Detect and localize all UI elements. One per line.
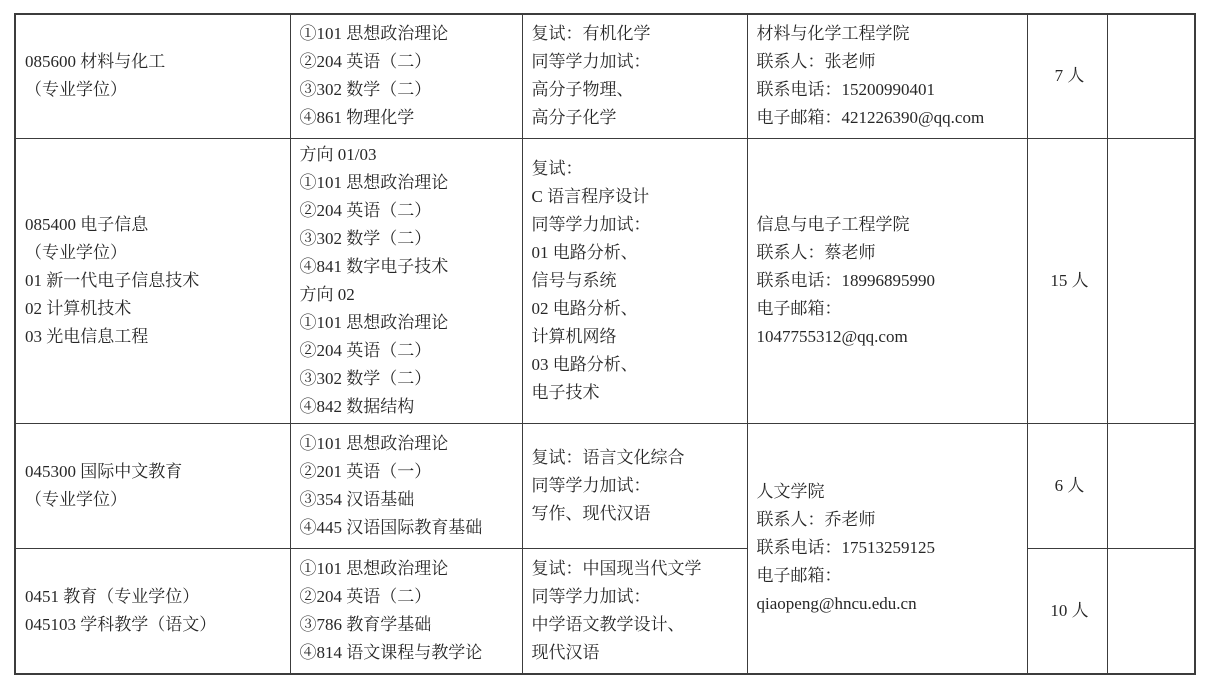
retest-cell: 复试：中国现当代文学同等学力加试：中学语文教学设计、现代汉语 xyxy=(522,548,747,674)
exam-subjects-cell: ①101 思想政治理论②204 英语（二）③302 数学（二）④861 物理化学 xyxy=(290,14,522,138)
remark-cell xyxy=(1107,423,1195,548)
exam-subjects-cell: ①101 思想政治理论②201 英语（一）③354 汉语基础④445 汉语国际教… xyxy=(290,423,522,548)
quota-cell: 15 人 xyxy=(1027,138,1107,423)
retest-cell: 复试：有机化学同等学力加试：高分子物理、高分子化学 xyxy=(522,14,747,138)
retest-cell: 复试：语言文化综合同等学力加试：写作、现代汉语 xyxy=(522,423,747,548)
program-cell: 085600 材料与化工（专业学位） xyxy=(15,14,290,138)
table-row-materials: 085600 材料与化工（专业学位） ①101 思想政治理论②204 英语（二）… xyxy=(15,14,1195,138)
contact-cell: 材料与化学工程学院联系人：张老师联系电话：15200990401电子邮箱：421… xyxy=(747,14,1027,138)
document-page: 085600 材料与化工（专业学位） ①101 思想政治理论②204 英语（二）… xyxy=(0,0,1208,686)
remark-cell xyxy=(1107,14,1195,138)
exam-subjects-cell: 方向 01/03①101 思想政治理论②204 英语（二）③302 数学（二）④… xyxy=(290,138,522,423)
program-cell: 0451 教育（专业学位）045103 学科教学（语文） xyxy=(15,548,290,674)
contact-cell: 信息与电子工程学院联系人：蔡老师联系电话：18996895990电子邮箱：104… xyxy=(747,138,1027,423)
quota-cell: 7 人 xyxy=(1027,14,1107,138)
contact-cell-merged: 人文学院联系人：乔老师联系电话：17513259125电子邮箱：qiaopeng… xyxy=(747,423,1027,674)
table-row-electronic-info: 085400 电子信息（专业学位）01 新一代电子信息技术02 计算机技术03 … xyxy=(15,138,1195,423)
quota-cell: 10 人 xyxy=(1027,548,1107,674)
program-cell: 045300 国际中文教育（专业学位） xyxy=(15,423,290,548)
program-cell: 085400 电子信息（专业学位）01 新一代电子信息技术02 计算机技术03 … xyxy=(15,138,290,423)
table-row-chinese-education: 045300 国际中文教育（专业学位） ①101 思想政治理论②201 英语（一… xyxy=(15,423,1195,548)
remark-cell xyxy=(1107,548,1195,674)
quota-cell: 6 人 xyxy=(1027,423,1107,548)
exam-subjects-cell: ①101 思想政治理论②204 英语（二）③786 教育学基础④814 语文课程… xyxy=(290,548,522,674)
admissions-table: 085600 材料与化工（专业学位） ①101 思想政治理论②204 英语（二）… xyxy=(14,13,1196,675)
remark-cell xyxy=(1107,138,1195,423)
retest-cell: 复试：C 语言程序设计同等学力加试：01 电路分析、信号与系统02 电路分析、计… xyxy=(522,138,747,423)
